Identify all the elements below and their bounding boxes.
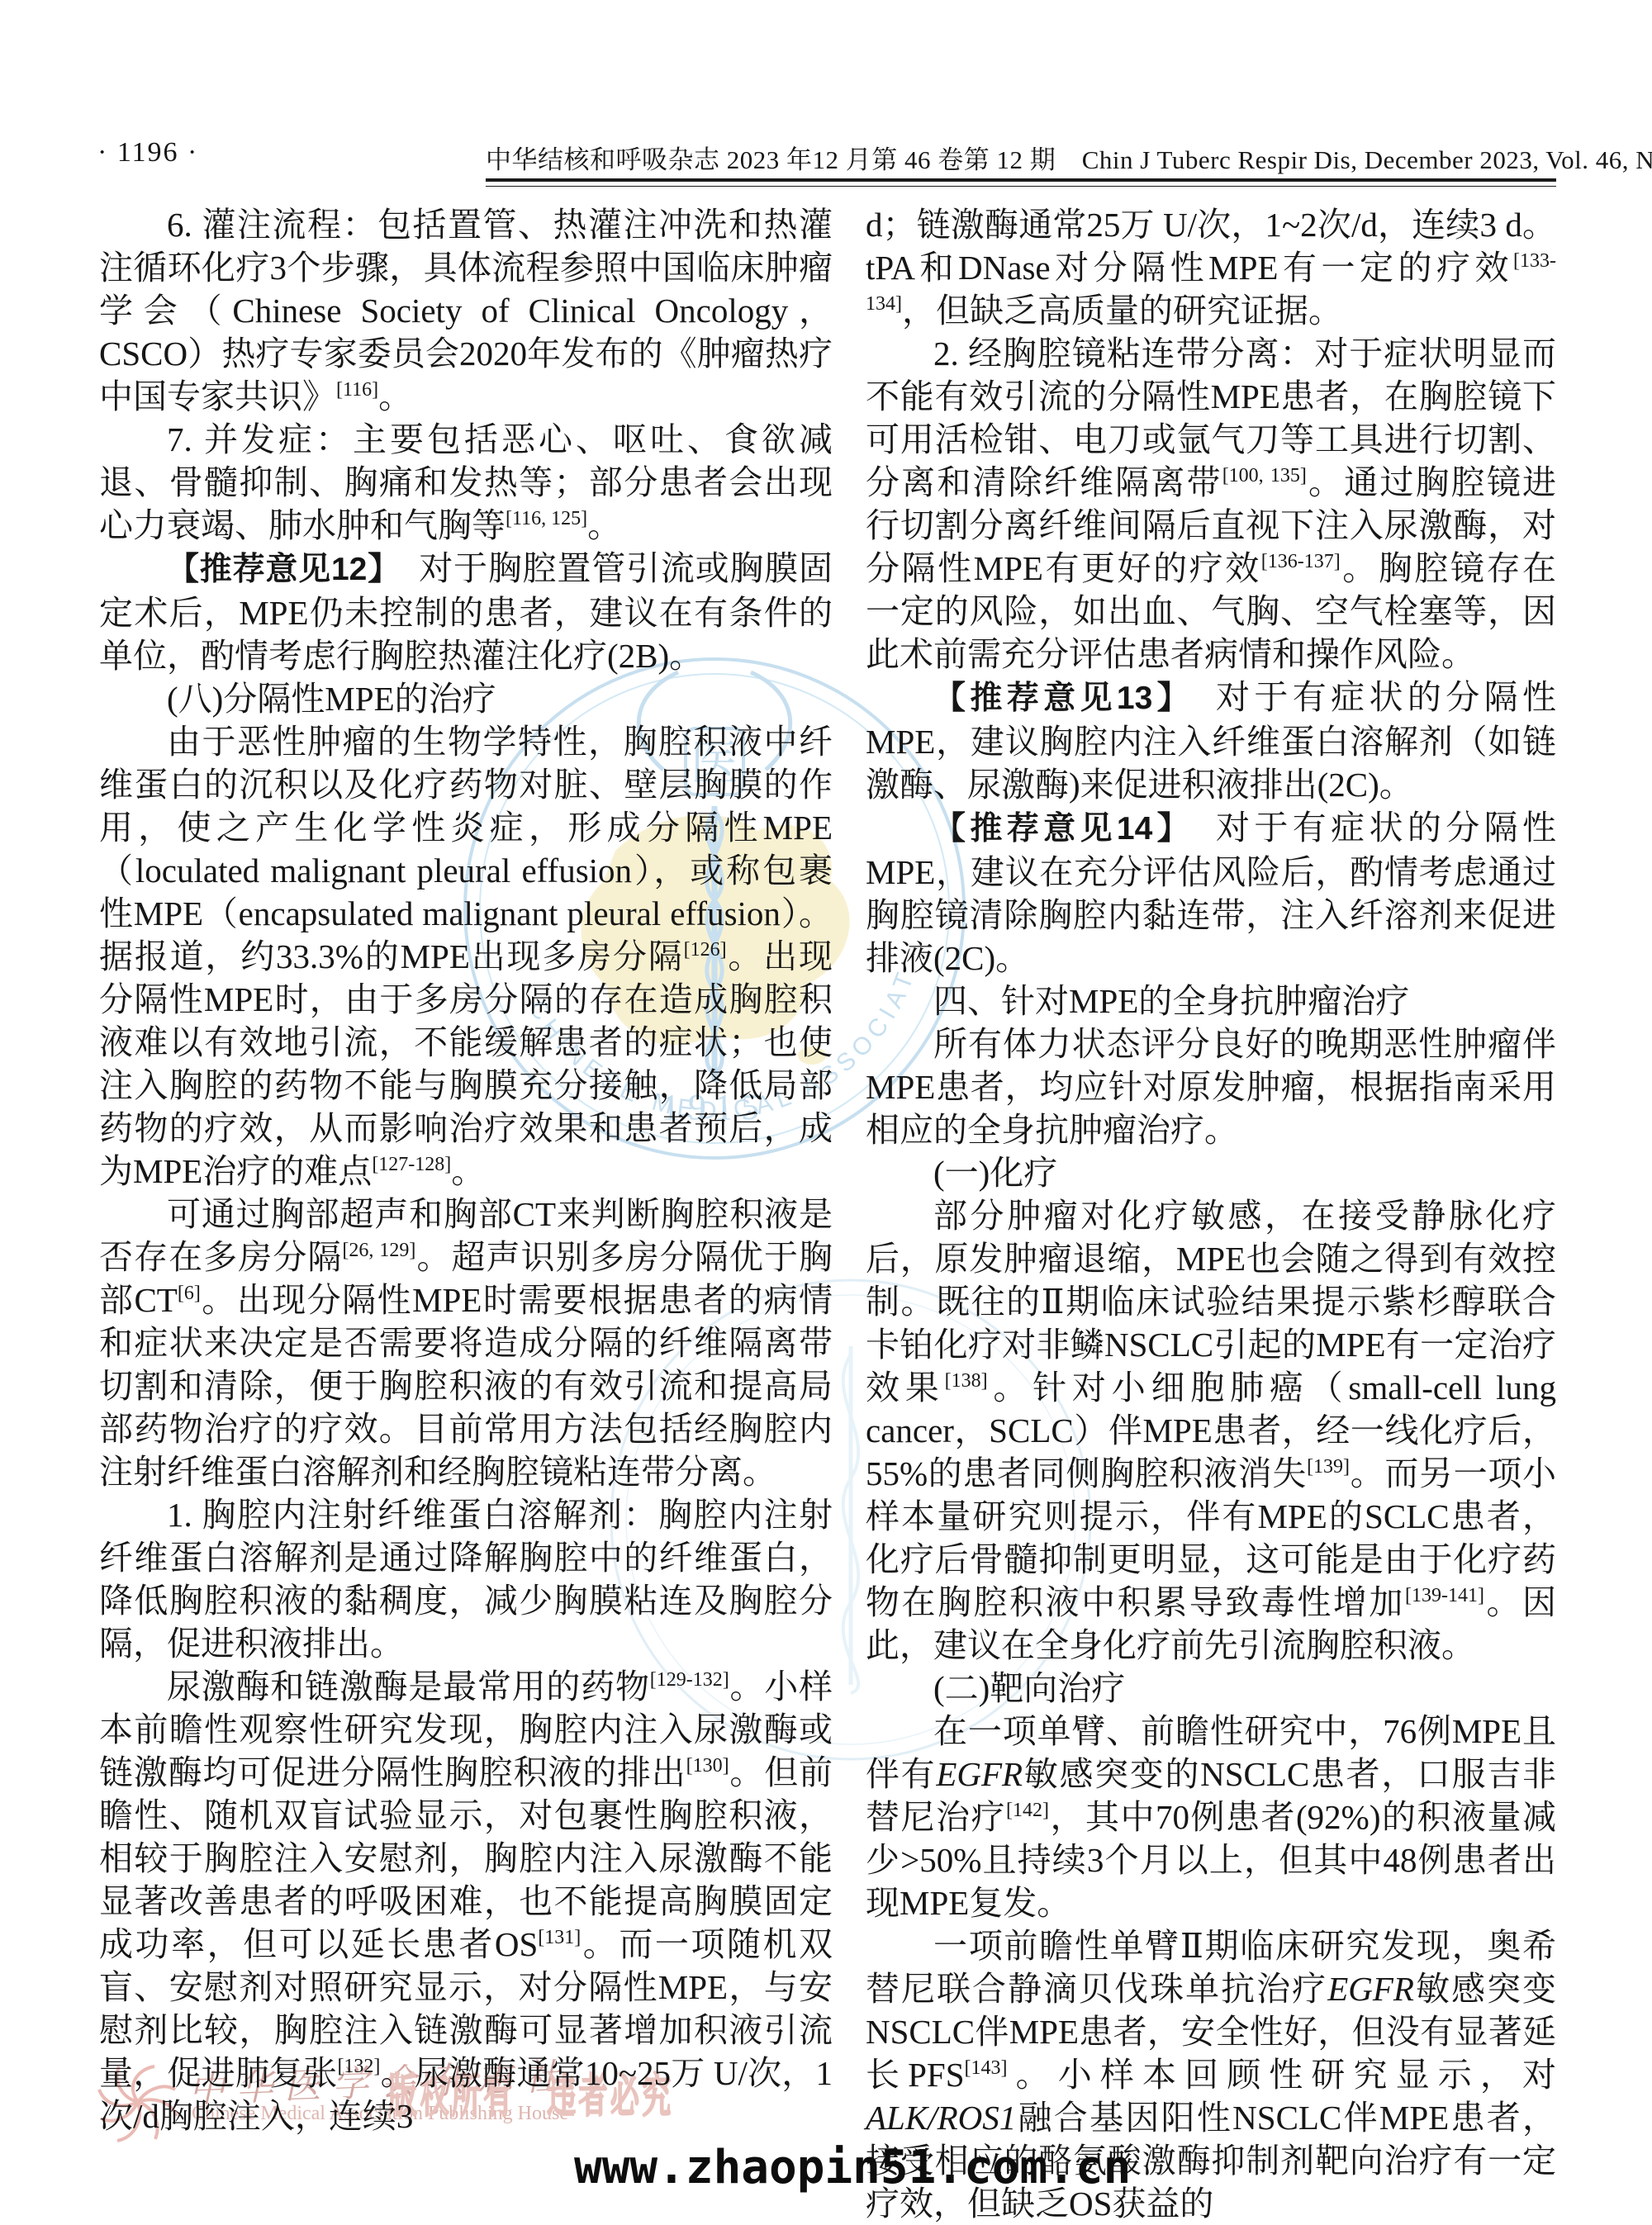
paragraph: 1. 胸腔内注射纤维蛋白溶解剂：胸腔内注射纤维蛋白溶解剂是通过降解胸腔中的纤维蛋… (99, 1493, 833, 1665)
text-segment: 6. 灌注流程：包括置管、热灌注冲洗和热灌注循环化疗3个步骤，具体流程参照中国临… (99, 206, 833, 415)
paragraph: 7. 并发症：主要包括恶心、呕吐、食欲减退、骨髓抑制、胸痛和发热等；部分患者会出… (99, 418, 833, 547)
text-segment: ，但缺乏高质量的研究证据。 (902, 292, 1342, 330)
paragraph: 部分肿瘤对化疗敏感，在接受静脉化疗后，原发肿瘤退缩，MPE也会随之得到有效控制。… (866, 1194, 1556, 1667)
paragraph: 尿激酶和链激酶是最常用的药物[129-132]。小样本前瞻性观察性研究发现，胸腔… (99, 1665, 833, 2137)
text-segment: 所有体力状态评分良好的晚期恶性肿瘤伴MPE患者，均应针对原发肿瘤，根据指南采用相… (866, 1025, 1556, 1149)
text-segment: 【推荐意见13】 (933, 681, 1178, 716)
text-segment: 1. 胸腔内注射纤维蛋白溶解剂：胸腔内注射纤维蛋白溶解剂是通过降解胸腔中的纤维蛋… (99, 1496, 833, 1663)
footer-url: www.zhaopin51.com.cn (574, 2141, 1131, 2194)
reference-superscript: [26, 129] (342, 1240, 415, 1261)
paragraph: 可通过胸部超声和胸部CT来判断胸腔积液是否存在多房分隔[26, 129]。超声识… (99, 1193, 833, 1493)
paragraph: 【推荐意见13】 对于有症状的分隔性MPE，建议胸腔内注入纤维蛋白溶解剂（如链激… (866, 676, 1556, 806)
text-segment: 。小样本回顾性研究显示，对 (1008, 2056, 1556, 2094)
reference-superscript: [100, 135] (1222, 465, 1307, 486)
text-segment: (二)靶向治疗 (933, 1669, 1125, 1707)
paragraph: d；链激酶通常25万 U/次，1~2次/d，连续3 d。tPA和DNase对分隔… (866, 203, 1556, 332)
reference-superscript: [131] (538, 1927, 581, 1948)
reference-superscript: [139-141] (1405, 1585, 1484, 1606)
text-segment: 【推荐意见14】 (933, 811, 1178, 847)
text-segment: 。 (378, 377, 412, 415)
text-segment: d；链激酶通常25万 U/次，1~2次/d，连续3 d。tPA和DNase对分隔… (866, 206, 1556, 287)
text-segment: 7. 并发症：主要包括恶心、呕吐、食欲减退、骨髓抑制、胸痛和发热等；部分患者会出… (99, 420, 833, 544)
reference-superscript: [6] (178, 1283, 201, 1304)
reference-superscript: [138] (945, 1370, 988, 1392)
journal-header: 中华结核和呼吸杂志 2023 年12 月第 46 卷第 12 期 Chin J … (486, 139, 1652, 176)
paragraph: 【推荐意见12】 对于胸腔置管引流或胸膜固定术后，MPE仍未控制的患者，建议在有… (99, 547, 833, 677)
reference-superscript: [127-128] (372, 1154, 451, 1175)
paragraph: (八)分隔性MPE的治疗 (99, 677, 833, 720)
paragraph: 【推荐意见14】 对于有症状的分隔性MPE，建议在充分评估风险后，酌情考虑通过胸… (866, 806, 1556, 980)
text-segment: EGFR (936, 1755, 1023, 1793)
reference-superscript: [142] (1006, 1800, 1049, 1821)
reference-superscript: [126] (684, 939, 727, 961)
text-segment: EGFR (1327, 1970, 1414, 2008)
text-segment: 。 (451, 1152, 485, 1190)
text-segment: (八)分隔性MPE的治疗 (167, 680, 496, 718)
journal-page: 医 1915 CHINESE MEDICAL ASSOCIATION · 119… (0, 0, 1652, 2225)
text-segment: 由于恶性肿瘤的生物学特性，胸腔积液中纤维蛋白的沉积以及化疗药物对脏、壁层胸膜的作… (99, 723, 833, 975)
reference-superscript: [130] (686, 1755, 729, 1777)
reference-superscript: [116] (336, 379, 378, 401)
reference-superscript: [139] (1307, 1456, 1350, 1478)
text-segment: ALK/ROS1 (866, 2099, 1016, 2137)
text-segment: 。 (587, 506, 621, 544)
paragraph: 由于恶性肿瘤的生物学特性，胸腔积液中纤维蛋白的沉积以及化疗药物对脏、壁层胸膜的作… (99, 720, 833, 1193)
right-column: d；链激酶通常25万 U/次，1~2次/d，连续3 d。tPA和DNase对分隔… (866, 203, 1556, 2225)
paragraph: 在一项单臂、前瞻性研究中，76例MPE且伴有EGFR敏感突变的NSCLC患者，口… (866, 1710, 1556, 1924)
reference-superscript: [136-137] (1261, 551, 1341, 572)
paragraph: 四、针对MPE的全身抗肿瘤治疗 (866, 980, 1556, 1022)
header-rule (486, 178, 1556, 187)
text-segment: 尿激酶和链激酶是最常用的药物 (167, 1668, 650, 1706)
text-segment: (一)化疗 (933, 1154, 1057, 1192)
reference-superscript: [129-132] (650, 1669, 729, 1691)
page-number: · 1196 · (97, 137, 198, 168)
reference-superscript: [116, 125] (506, 508, 587, 529)
text-segment: 【推荐意见12】 (167, 552, 384, 587)
text-segment: 四、针对MPE的全身抗肿瘤治疗 (933, 982, 1409, 1020)
paragraph: 所有体力状态评分良好的晚期恶性肿瘤伴MPE患者，均应针对原发肿瘤，根据指南采用相… (866, 1022, 1556, 1151)
paragraph: (一)化疗 (866, 1151, 1556, 1194)
text-segment: 。出现分隔性MPE时需要根据患者的病情和症状来决定是否需要将造成分隔的纤维隔离带… (99, 1281, 833, 1491)
paragraph: (二)靶向治疗 (866, 1667, 1556, 1710)
paragraph: 6. 灌注流程：包括置管、热灌注冲洗和热灌注循环化疗3个步骤，具体流程参照中国临… (99, 203, 833, 418)
reference-superscript: [143] (965, 2057, 1008, 2079)
left-column: 6. 灌注流程：包括置管、热灌注冲洗和热灌注循环化疗3个步骤，具体流程参照中国临… (99, 203, 833, 2137)
reference-superscript: [132] (337, 2056, 380, 2077)
paragraph: 2. 经胸腔镜粘连带分离：对于症状明显而不能有效引流的分隔性MPE患者，在胸腔镜… (866, 332, 1556, 676)
